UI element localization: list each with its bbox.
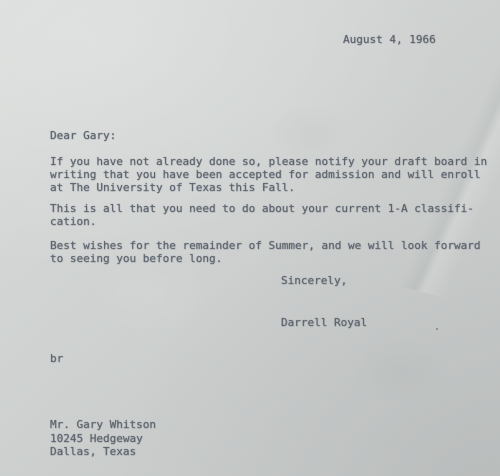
letter-closing: Sincerely,	[281, 274, 347, 287]
recipient-address: Mr. Gary Whitson 10245 Hedgeway Dallas, …	[50, 418, 156, 459]
letter-paragraph-classification: This is all that you need to do about yo…	[50, 202, 474, 228]
letter-paragraph-draft-board: If you have not already done so, please …	[50, 155, 487, 194]
letter-salutation: Dear Gary:	[50, 129, 116, 142]
typist-initials: br	[50, 352, 63, 365]
letter-photo: August 4, 1966 Dear Gary: If you have no…	[0, 0, 500, 476]
letter-paragraph-best-wishes: Best wishes for the remainder of Summer,…	[50, 239, 480, 265]
paper-speck	[436, 328, 438, 330]
signature-name: Darrell Royal	[281, 316, 367, 329]
letter-date: August 4, 1966	[343, 33, 436, 46]
